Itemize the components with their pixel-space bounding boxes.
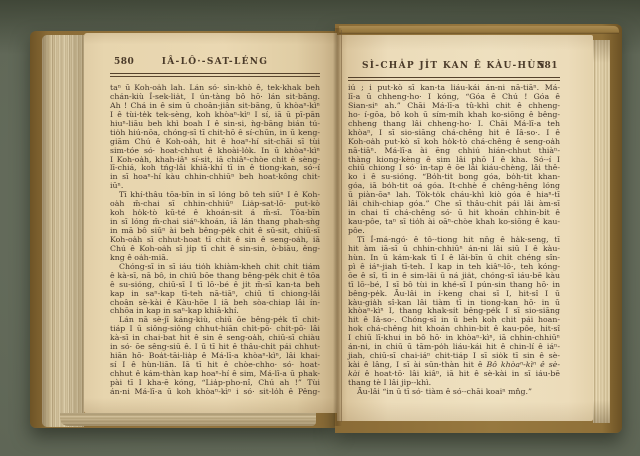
photo-background: 580 IÂ-LÔ·-SAT-LÉNG taⁿ ū Koh-oa̍h lah. …: [0, 0, 640, 456]
page-number-left: 580: [114, 57, 134, 67]
text-line: kau-pôe, taⁿ sī tio̍h ài oāⁿ-chòe khah k…: [348, 218, 560, 227]
page-edge-stack-right: [593, 40, 610, 423]
running-header-left: 580 IÂ-LÔ·-SAT-LÉNG: [110, 57, 320, 69]
page-edge-stack-left: [42, 35, 84, 427]
open-book: 580 IÂ-LÔ·-SAT-LÉNG taⁿ ū Koh-oa̍h lah. …: [30, 24, 622, 434]
left-page-text: taⁿ ū Koh-oa̍h lah. Lán só· sìn-khò ê, t…: [110, 84, 320, 397]
running-title-left: IÂ-LÔ·-SAT-LÉNG: [110, 57, 320, 67]
text-line: án-ni Má-lī-a ū koh khòaⁿ-kìⁿ i só· sit-…: [110, 388, 320, 397]
text-line: Āu-lâi “in ū tī só· tiàm ê só·-chāi koai…: [348, 388, 560, 397]
text-line: in sī hoaⁿ-hí kàu chhin-chhiūⁿ beh hoat-…: [110, 173, 320, 182]
left-page: 580 IÂ-LÔ·-SAT-LÉNG taⁿ ū Koh-oa̍h lah. …: [84, 33, 337, 413]
running-title-right: SÌ-CHA̍P JI̍T KAN Ê KÀU-HÙN: [348, 61, 560, 71]
right-page: SÌ-CHA̍P JI̍T KAN Ê KÀU-HÙN 581 iú ; i p…: [337, 35, 593, 421]
header-rule-right: [348, 77, 560, 81]
right-page-text: iú ; i put-kò sī kan-ta liáu-kái án-ni n…: [348, 84, 560, 397]
page-edge-stack-bottom: [60, 413, 316, 426]
running-header-right: SÌ-CHA̍P JI̍T KAN Ê KÀU-HÙN 581: [348, 61, 560, 73]
page-number-right: 581: [538, 61, 558, 71]
header-rule-left: [110, 73, 320, 77]
